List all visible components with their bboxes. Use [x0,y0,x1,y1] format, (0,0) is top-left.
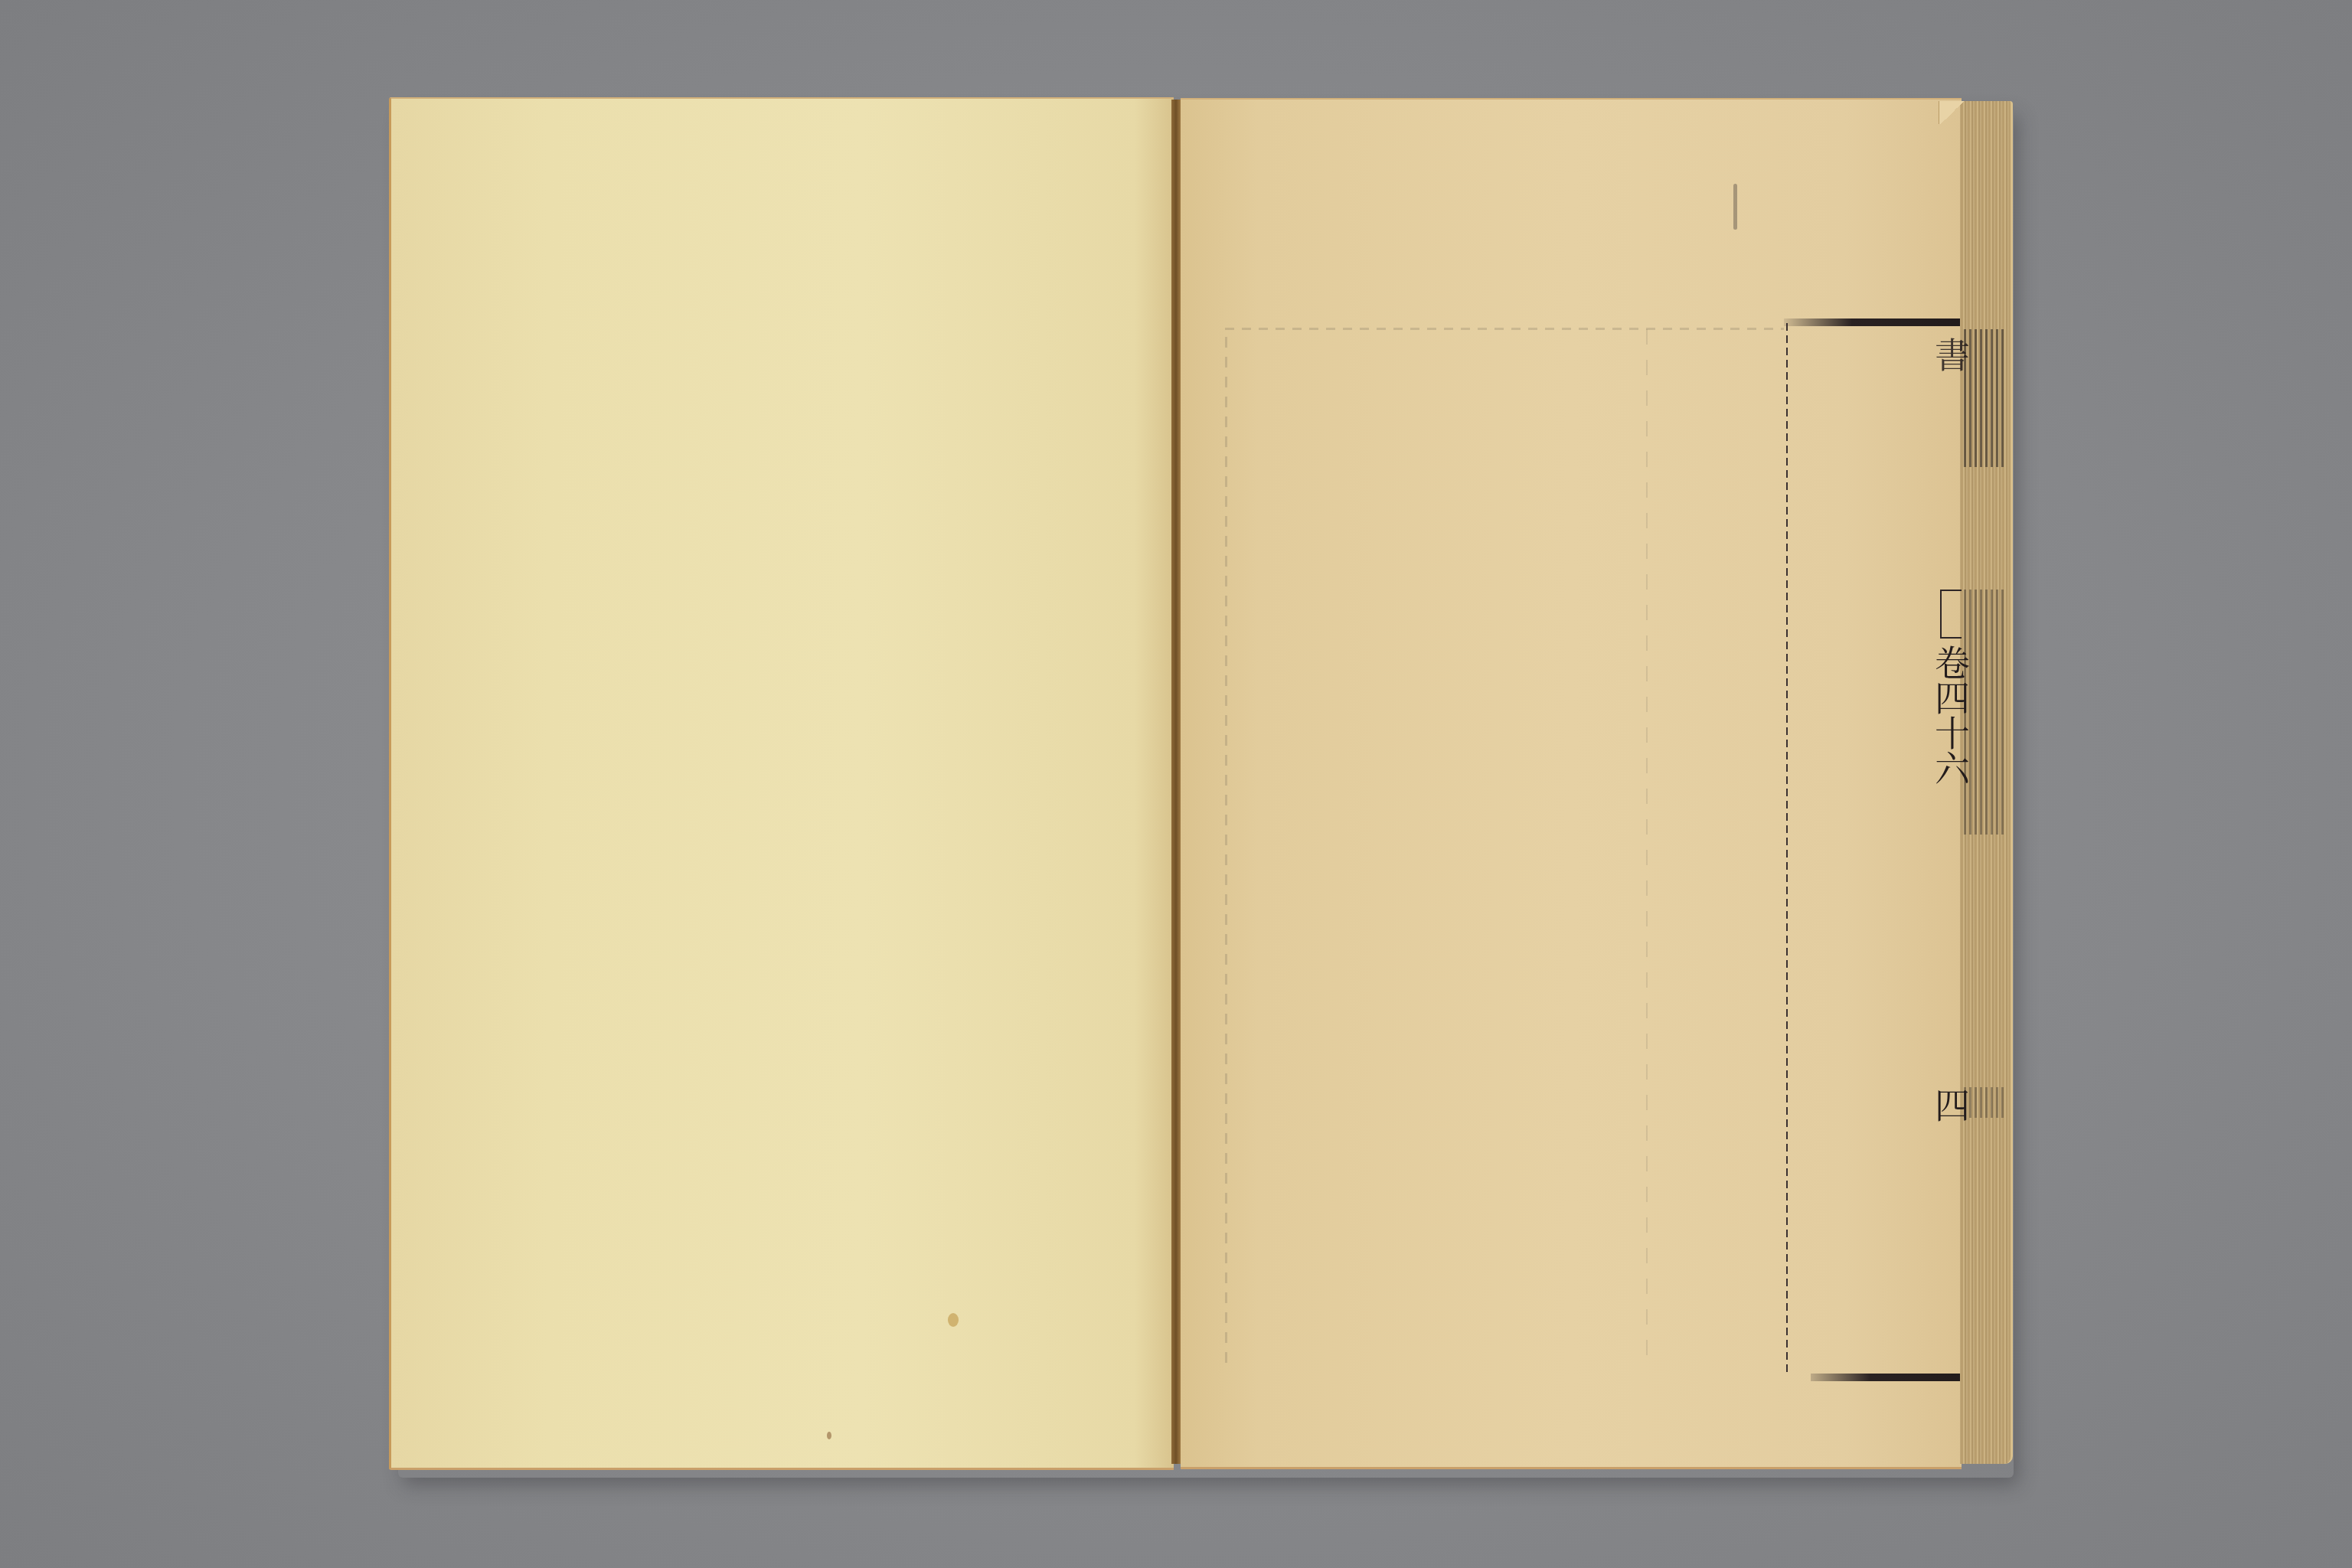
printed-frame-column-line [1786,323,1788,1375]
bleed-through-column-rule [1646,329,1648,1355]
paper-stain [948,1313,959,1327]
folded-corner [1939,101,1965,124]
banxin-page-number: 四 [1937,1087,1968,1122]
book-gutter [1171,100,1181,1464]
paper-stain [827,1432,831,1439]
right-page [1181,98,1962,1469]
left-page-blank [389,97,1174,1470]
banxin-volume-label: 卷四十六 [1937,645,1968,786]
book-spread: 書 卷四十六 四 [0,0,2352,1568]
banxin-title-chars: 書 [1937,337,1968,372]
bleed-through-left-rule [1225,337,1227,1370]
paper-stain [1733,184,1737,230]
bleed-through-top-rule [1225,328,1784,330]
fishtail-mark-icon [1940,590,1962,639]
